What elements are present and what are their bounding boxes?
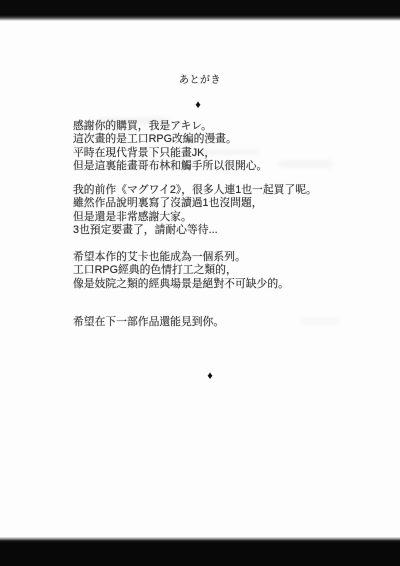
- scan-artifact: [300, 318, 340, 324]
- afterword-title: あとがき: [0, 71, 400, 86]
- paragraph-line: 平時在現代背景下只能畫JK，: [73, 147, 267, 160]
- paragraph-line: 感謝你的購買，我是アキレ。: [73, 120, 267, 133]
- paragraph-series-hope: 希望本作的艾卡也能成為一個系列。 工口RPG經典的色情打工之類的， 像是妓院之類…: [73, 251, 289, 291]
- paragraph-line: 希望在下一部作品還能見到你。: [73, 316, 224, 329]
- paragraph-line: 雖然作品說明裏寫了沒讀過1也沒問題，: [73, 197, 317, 210]
- letterbox-bar-bottom: [0, 537, 400, 566]
- diamond-ornament-bottom: ♦: [10, 371, 400, 382]
- afterword-page: あとがき ♦ 感謝你的購買，我是アキレ。 這次畫的是工口RPG改編的漫畫。 平時…: [0, 0, 400, 566]
- paragraph-closing: 希望在下一部作品還能見到你。: [73, 316, 224, 329]
- paragraph-previous-work: 我的前作《マグワイ2》，很多人連1也一起買了呢。 雖然作品說明裏寫了沒讀過1也沒…: [73, 184, 317, 237]
- scan-artifact: [278, 160, 333, 168]
- paragraph-line: 像是妓院之類的經典場景是絕對不可缺少的。: [73, 278, 289, 291]
- paragraph-line: 我的前作《マグワイ2》，很多人連1也一起買了呢。: [73, 184, 317, 197]
- paragraph-line: 這次畫的是工口RPG改編的漫畫。: [73, 133, 267, 146]
- paragraph-line: 3也預定要畫了，請耐心等待...: [73, 224, 317, 237]
- paragraph-line: 希望本作的艾卡也能成為一個系列。: [73, 251, 289, 264]
- paragraph-line: 工口RPG經典的色情打工之類的，: [73, 264, 289, 277]
- paragraph-greeting: 感謝你的購買，我是アキレ。 這次畫的是工口RPG改編的漫畫。 平時在現代背景下只…: [73, 120, 267, 173]
- diamond-ornament-top: ♦: [0, 100, 398, 111]
- paragraph-line: 但是還是非常感謝大家。: [73, 211, 317, 224]
- paragraph-line: 但是這裏能畫哥布林和觸手所以很開心。: [73, 160, 267, 173]
- letterbox-bar-top: [0, 0, 400, 21]
